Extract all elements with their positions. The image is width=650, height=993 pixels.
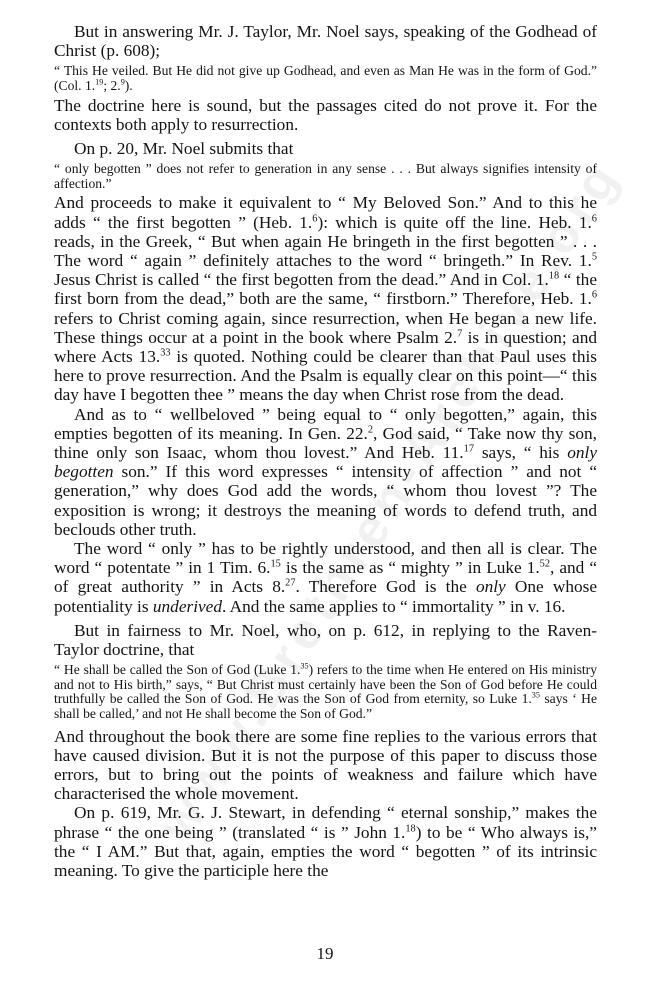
paragraph-answering-taylor: But in answering Mr. J. Taylor, Mr. Noel…: [54, 22, 597, 60]
paragraph-wellbeloved: And as to “ wellbeloved ” being equal to…: [54, 405, 597, 539]
paragraph-doctrine-sound: The doctrine here is sound, but the pass…: [54, 96, 597, 134]
quote-col-1-19: “ This He veiled. But He did not give up…: [54, 64, 597, 93]
page-number: 19: [0, 944, 650, 964]
quote-luke-1-35: “ He shall be called the Son of God (Luk…: [54, 663, 597, 721]
document-page: But in answering Mr. J. Taylor, Mr. Noel…: [54, 22, 597, 880]
paragraph-noel-submits: On p. 20, Mr. Noel submits that: [54, 139, 597, 158]
paragraph-word-only: The word “ only ” has to be rightly unde…: [54, 539, 597, 616]
paragraph-fairness-noel: But in fairness to Mr. Noel, who, on p. …: [54, 621, 597, 659]
paragraph-beloved-son: And proceeds to make it equivalent to “ …: [54, 193, 597, 404]
paragraph-throughout-book: And throughout the book there are some f…: [54, 727, 597, 804]
quote-only-begotten: “ only begotten ” does not refer to gene…: [54, 162, 597, 191]
paragraph-stewart: On p. 619, Mr. G. J. Stewart, in defendi…: [54, 803, 597, 880]
